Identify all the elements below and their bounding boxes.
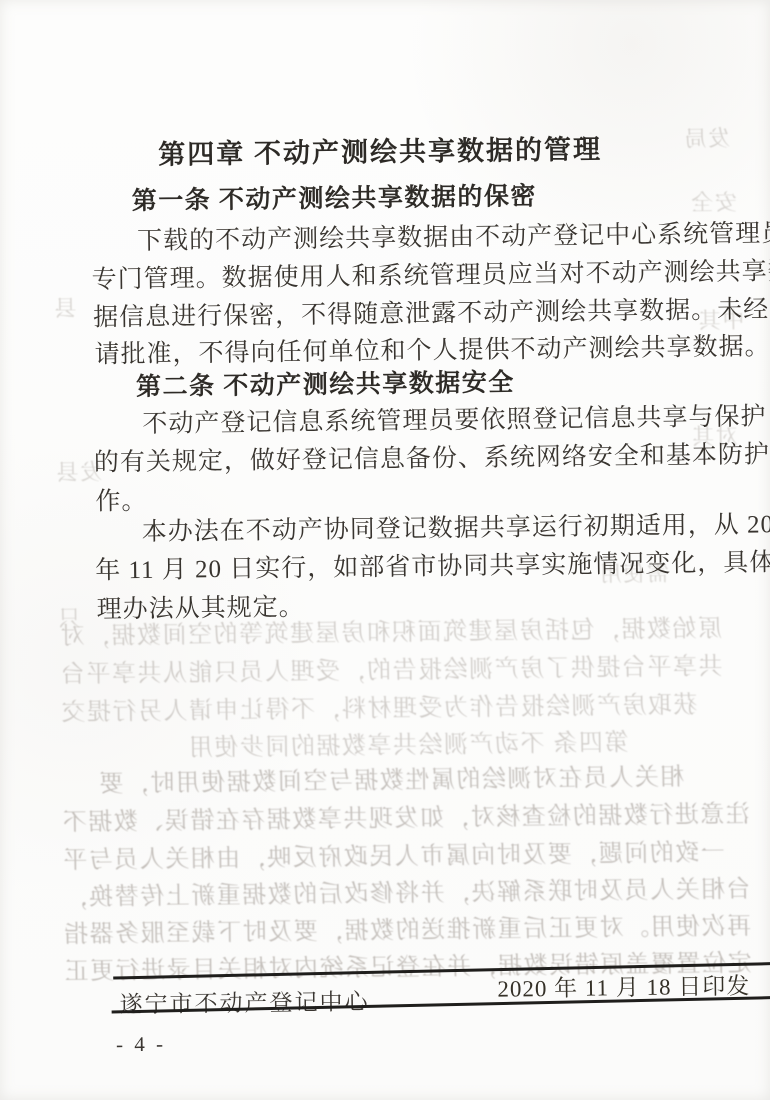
section-2-heading: 第二条 不动产测绘共享数据安全 (136, 362, 515, 403)
bleedthrough-line: 相关人员在对测绘的属性数据与空间数据使用时，要 (98, 756, 685, 798)
bleedthrough-line: 台相关人员及时联系解决，并将修改后的数据重新上传替换， (62, 869, 751, 912)
document-content: 原始数据，包括房屋建筑面积和房屋建筑等的空间数据，对 共享平台提供了房产测绘报告… (0, 0, 770, 1100)
section-1-heading: 第一条 不动产测绘共享数据的保密 (131, 176, 537, 217)
bleedthrough-line: 获取房产测绘报告作为受理材料，不得让申请人另行提交 (60, 684, 698, 727)
body-line: 下载的不动产测绘共享数据由不动产登记中心系统管理员 (137, 213, 770, 257)
footer: 遂宁市不动产登记中心 2020 年 11 月 18 日印发 - 4 - (0, 0, 763, 5)
body-line: 的有关规定，做好登记信息备份、系统网络安全和基本防护工 (94, 434, 770, 479)
body-line: 本办法在不动产协同登记数据共享运行初期适用，从 2020 (142, 504, 770, 548)
bleedthrough-line: 一致的问题，要及时向属市人民政府反映，由相关人员与平 (62, 832, 725, 875)
body-line: 理办法从其规定。 (96, 587, 304, 626)
bleedthrough-fragment: 只 (57, 602, 81, 633)
bleedthrough-line: 再次使用。对更正后重新推送的数据，要及时下载至服务器指 (62, 906, 751, 949)
bleedthrough-layer: 原始数据，包括房屋建筑面积和房屋建筑等的空间数据，对 共享平台提供了房产测绘报告… (0, 0, 763, 5)
bleedthrough-fragment: 安全 (690, 186, 737, 218)
bleedthrough-line: 注意进行数据的检查核对，如发现共享数据存在错误、数据不 (61, 794, 750, 837)
body-line: 不动产登记信息系统管理员要依照登记信息共享与保护 (142, 396, 766, 440)
body-line: 专门管理。数据使用人和系统管理员应当对不动产测绘共享数 (91, 251, 770, 296)
bleedthrough-fragment: 县 (53, 292, 77, 323)
scanned-document-page: 原始数据，包括房屋建筑面积和房屋建筑等的空间数据，对 共享平台提供了房产测绘报告… (0, 0, 770, 1100)
issuer-name: 遂宁市不动产登记中心 (119, 983, 369, 1019)
page-number: - 4 - (116, 1032, 166, 1058)
chapter-title: 第四章 不动产测绘共享数据的管理 (0, 125, 765, 173)
bleedthrough-line: 第四条 不动产测绘共享数据的同步使用 (187, 722, 628, 762)
body-line: 作。 (95, 481, 147, 518)
bleedthrough-line: 共享平台提供了房产测绘报告的，受理人员只能从共享平台 (59, 646, 722, 689)
